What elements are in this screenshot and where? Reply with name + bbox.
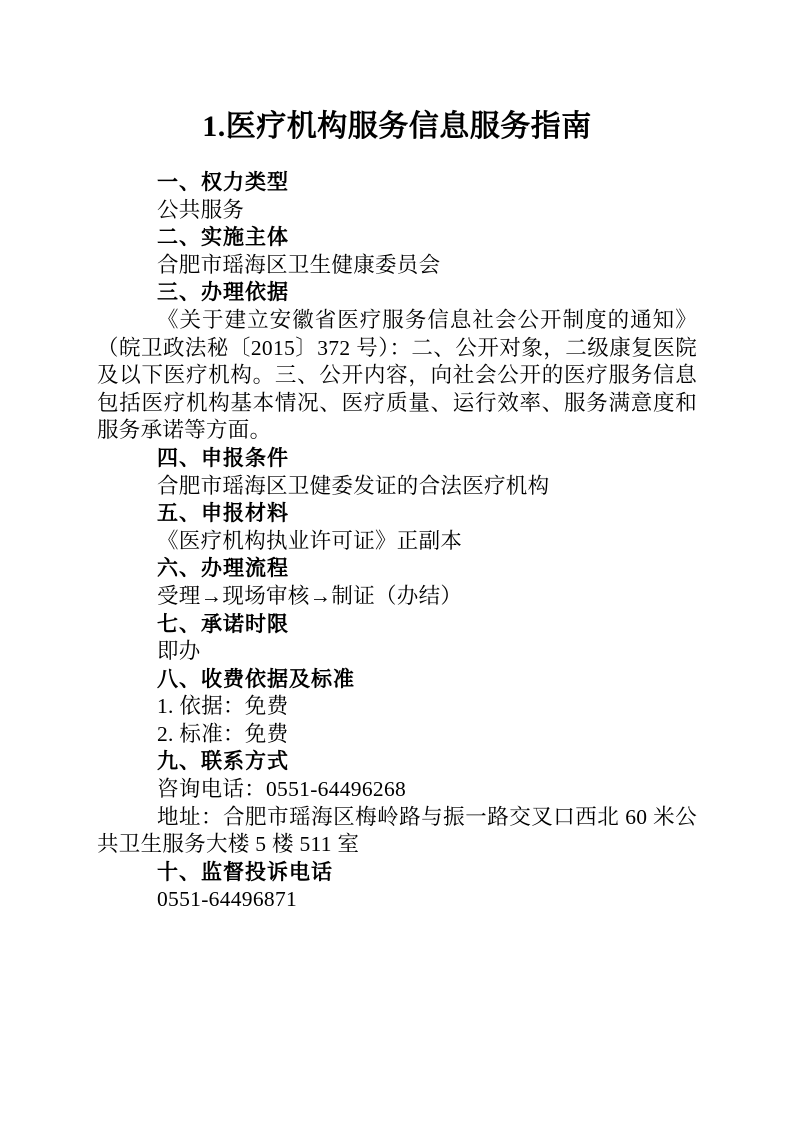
section-heading: 三、办理依据 [97, 279, 697, 307]
section-heading: 六、办理流程 [97, 555, 697, 583]
title-text: 医疗机构服务信息服务指南 [226, 110, 592, 143]
guide-section: 四、申报条件 合肥市瑶海区卫健委发证的合法医疗机构 [97, 445, 697, 500]
section-heading: 七、承诺时限 [97, 611, 697, 639]
guide-section: 五、申报材料 《医疗机构执业许可证》正副本 [97, 500, 697, 555]
section-paragraph: 公共服务 [97, 197, 697, 225]
section-heading: 二、实施主体 [97, 224, 697, 252]
guide-section: 一、权力类型 公共服务 [97, 169, 697, 224]
guide-section: 十、监督投诉电话 0551-64496871 [97, 859, 697, 914]
section-paragraph: 《关于建立安徽省医疗服务信息社会公开制度的通知》（皖卫政法秘〔2015〕372 … [97, 307, 697, 445]
section-paragraph: 咨询电话：0551-64496268 [97, 776, 697, 804]
guide-section: 六、办理流程 受理→现场审核→制证（办结） [97, 555, 697, 610]
section-paragraph: 2. 标准：免费 [97, 721, 697, 749]
section-paragraph: 即办 [97, 638, 697, 666]
guide-section: 七、承诺时限 即办 [97, 611, 697, 666]
title-number: 1. [202, 110, 226, 143]
guide-section: 九、联系方式 咨询电话：0551-64496268地址：合肥市瑶海区梅岭路与振一… [97, 748, 697, 858]
document-page: 1.医疗机构服务信息服务指南 一、权力类型 公共服务 二、实施主体 合肥市瑶海区… [0, 0, 793, 1122]
page-title: 1.医疗机构服务信息服务指南 [97, 108, 697, 145]
guide-section: 八、收费依据及标准 1. 依据：免费2. 标准：免费 [97, 666, 697, 749]
section-paragraph: 地址：合肥市瑶海区梅岭路与振一路交叉口西北 60 米公共卫生服务大楼 5 楼 5… [97, 804, 697, 859]
section-paragraph: 0551-64496871 [97, 886, 697, 914]
guide-section: 三、办理依据 《关于建立安徽省医疗服务信息社会公开制度的通知》（皖卫政法秘〔20… [97, 279, 697, 445]
section-heading: 一、权力类型 [97, 169, 697, 197]
section-paragraph: 合肥市瑶海区卫生健康委员会 [97, 252, 697, 280]
section-paragraph: 1. 依据：免费 [97, 693, 697, 721]
section-heading: 四、申报条件 [97, 445, 697, 473]
section-heading: 五、申报材料 [97, 500, 697, 528]
section-paragraph: 受理→现场审核→制证（办结） [97, 583, 697, 611]
section-heading: 十、监督投诉电话 [97, 859, 697, 887]
section-heading: 九、联系方式 [97, 748, 697, 776]
guide-section: 二、实施主体 合肥市瑶海区卫生健康委员会 [97, 224, 697, 279]
section-paragraph: 《医疗机构执业许可证》正副本 [97, 528, 697, 556]
document-body: 一、权力类型 公共服务 二、实施主体 合肥市瑶海区卫生健康委员会 三、办理依据 … [97, 169, 697, 914]
section-heading: 八、收费依据及标准 [97, 666, 697, 694]
section-paragraph: 合肥市瑶海区卫健委发证的合法医疗机构 [97, 473, 697, 501]
